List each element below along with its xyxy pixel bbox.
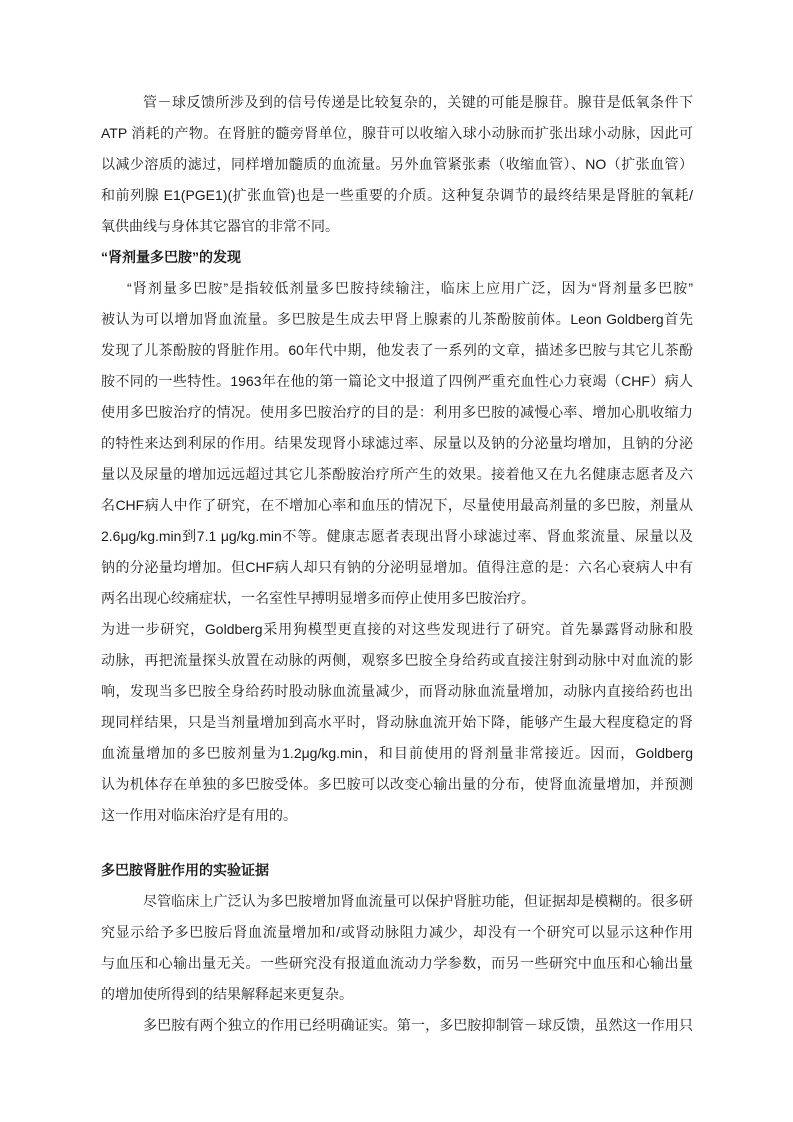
text-content: 管－球反馈所涉及到的信号传递是比较复杂的，关键的可能是腺苷。腺苷是低氧条件下 A…: [101, 87, 693, 1041]
paragraph: 尽管临床上广泛认为多巴胺增加肾血流量可以保护肾脏功能，但证据却是模糊的。很多研 …: [101, 886, 693, 1010]
text-line: “肾剂量多巴胺”是指较低剂量多巴胺持续输注，临床上应用广泛，因为“肾剂量多巴胺”: [101, 273, 693, 304]
text-line: 的特性来达到利尿的作用。结果发现肾小球滤过率、尿量以及钠的分泌量均增加，且钠的分…: [101, 428, 693, 459]
text-line: 钠的分泌量均增加。但CHF病人却只有钠的分泌明显增加。值得注意的是：六名心衰病人…: [101, 552, 693, 583]
text-line: 以减少溶质的滤过，同样增加髓质的血流量。另外血管紧张素（收缩血管）、NO（扩张血…: [101, 149, 693, 180]
text-line: 认为机体存在单独的多巴胺受体。多巴胺可以改变心输出量的分布，使肾血流量增加，并预…: [101, 769, 693, 800]
text-line: 管－球反馈所涉及到的信号传递是比较复杂的，关键的可能是腺苷。腺苷是低氧条件下: [101, 87, 693, 118]
text-line: 发现了儿茶酚胺的肾脏作用。60年代中期，他发表了一系列的文章，描述多巴胺与其它儿…: [101, 335, 693, 366]
text-line: 究显示给予多巴胺后肾血流量增加和/或肾动脉阻力减少，却没有一个研究可以显示这种作…: [101, 917, 693, 948]
text-line: 血流量增加的多巴胺剂量为1.2μg/kg.min，和目前使用的肾剂量非常接近。因…: [101, 738, 693, 769]
blank-line: [101, 831, 693, 855]
section-heading: “肾剂量多巴胺”的发现: [101, 242, 693, 273]
text-line: 量以及尿量的增加远远超过其它儿茶酚胺治疗所产生的效果。接着他又在九名健康志愿者及…: [101, 459, 693, 490]
text-line: ATP 消耗的产物。在肾脏的髓旁肾单位，腺苷可以收缩入球小动脉而扩张出球小动脉，…: [101, 118, 693, 149]
text-line: 这一作用对临床治疗是有用的。: [101, 800, 693, 831]
paragraph: 为进一步研究，Goldberg采用狗模型更直接的对这些发现进行了研究。首先暴露肾…: [101, 614, 693, 831]
text-line: 多巴胺有两个独立的作用已经明确证实。第一，多巴胺抑制管－球反馈，虽然这一作用只: [101, 1010, 693, 1041]
paragraph: 多巴胺有两个独立的作用已经明确证实。第一，多巴胺抑制管－球反馈，虽然这一作用只: [101, 1010, 693, 1041]
text-line: 被认为可以增加肾血流量。多巴胺是生成去甲肾上腺素的儿茶酚胺前体。Leon Gol…: [101, 304, 693, 335]
paragraph: 管－球反馈所涉及到的信号传递是比较复杂的，关键的可能是腺苷。腺苷是低氧条件下 A…: [101, 87, 693, 242]
text-line: 名CHF病人中作了研究，在不增加心率和血压的情况下，尽量使用最高剂量的多巴胺，剂…: [101, 490, 693, 521]
text-line: 和前列腺 E1(PGE1)(扩张血管)也是一些重要的介质。这种复杂调节的最终结果…: [101, 180, 693, 211]
text-line: 2.6μg/kg.min到7.1 μg/kg.min不等。健康志愿者表现出肾小球…: [101, 521, 693, 552]
text-line: 尽管临床上广泛认为多巴胺增加肾血流量可以保护肾脏功能，但证据却是模糊的。很多研: [101, 886, 693, 917]
text-line: 使用多巴胺治疗的情况。使用多巴胺治疗的目的是：利用多巴胺的减慢心率、增加心肌收缩…: [101, 397, 693, 428]
text-line: 与血压和心输出量无关。一些研究没有报道血流动力学参数，而另一些研究中血压和心输出…: [101, 948, 693, 979]
text-line: 动脉，再把流量探头放置在动脉的两侧，观察多巴胺全身给药或直接注射到动脉中对血流的…: [101, 645, 693, 676]
text-line: 的增加使所得到的结果解释起来更复杂。: [101, 979, 693, 1010]
text-line: 胺不同的一些特性。1963年在他的第一篇论文中报道了四例严重充血性心力衰竭（CH…: [101, 366, 693, 397]
paragraph: “肾剂量多巴胺”是指较低剂量多巴胺持续输注，临床上应用广泛，因为“肾剂量多巴胺”…: [101, 273, 693, 614]
text-line: 两名出现心绞痛症状，一名室性早搏明显增多而停止使用多巴胺治疗。: [101, 583, 693, 614]
document-page: 管－球反馈所涉及到的信号传递是比较复杂的，关键的可能是腺苷。腺苷是低氧条件下 A…: [0, 0, 793, 1122]
section-heading: 多巴胺肾脏作用的实验证据: [101, 855, 693, 886]
text-line: 为进一步研究，Goldberg采用狗模型更直接的对这些发现进行了研究。首先暴露肾…: [101, 614, 693, 645]
text-line: 现同样结果，只是当剂量增加到高水平时，肾动脉血流开始下降，能够产生最大程度稳定的…: [101, 707, 693, 738]
text-line: 氧供曲线与身体其它器官的非常不同。: [101, 211, 693, 242]
text-line: 响，发现当多巴胺全身给药时股动脉血流量减少，而肾动脉血流量增加，动脉内直接给药也…: [101, 676, 693, 707]
